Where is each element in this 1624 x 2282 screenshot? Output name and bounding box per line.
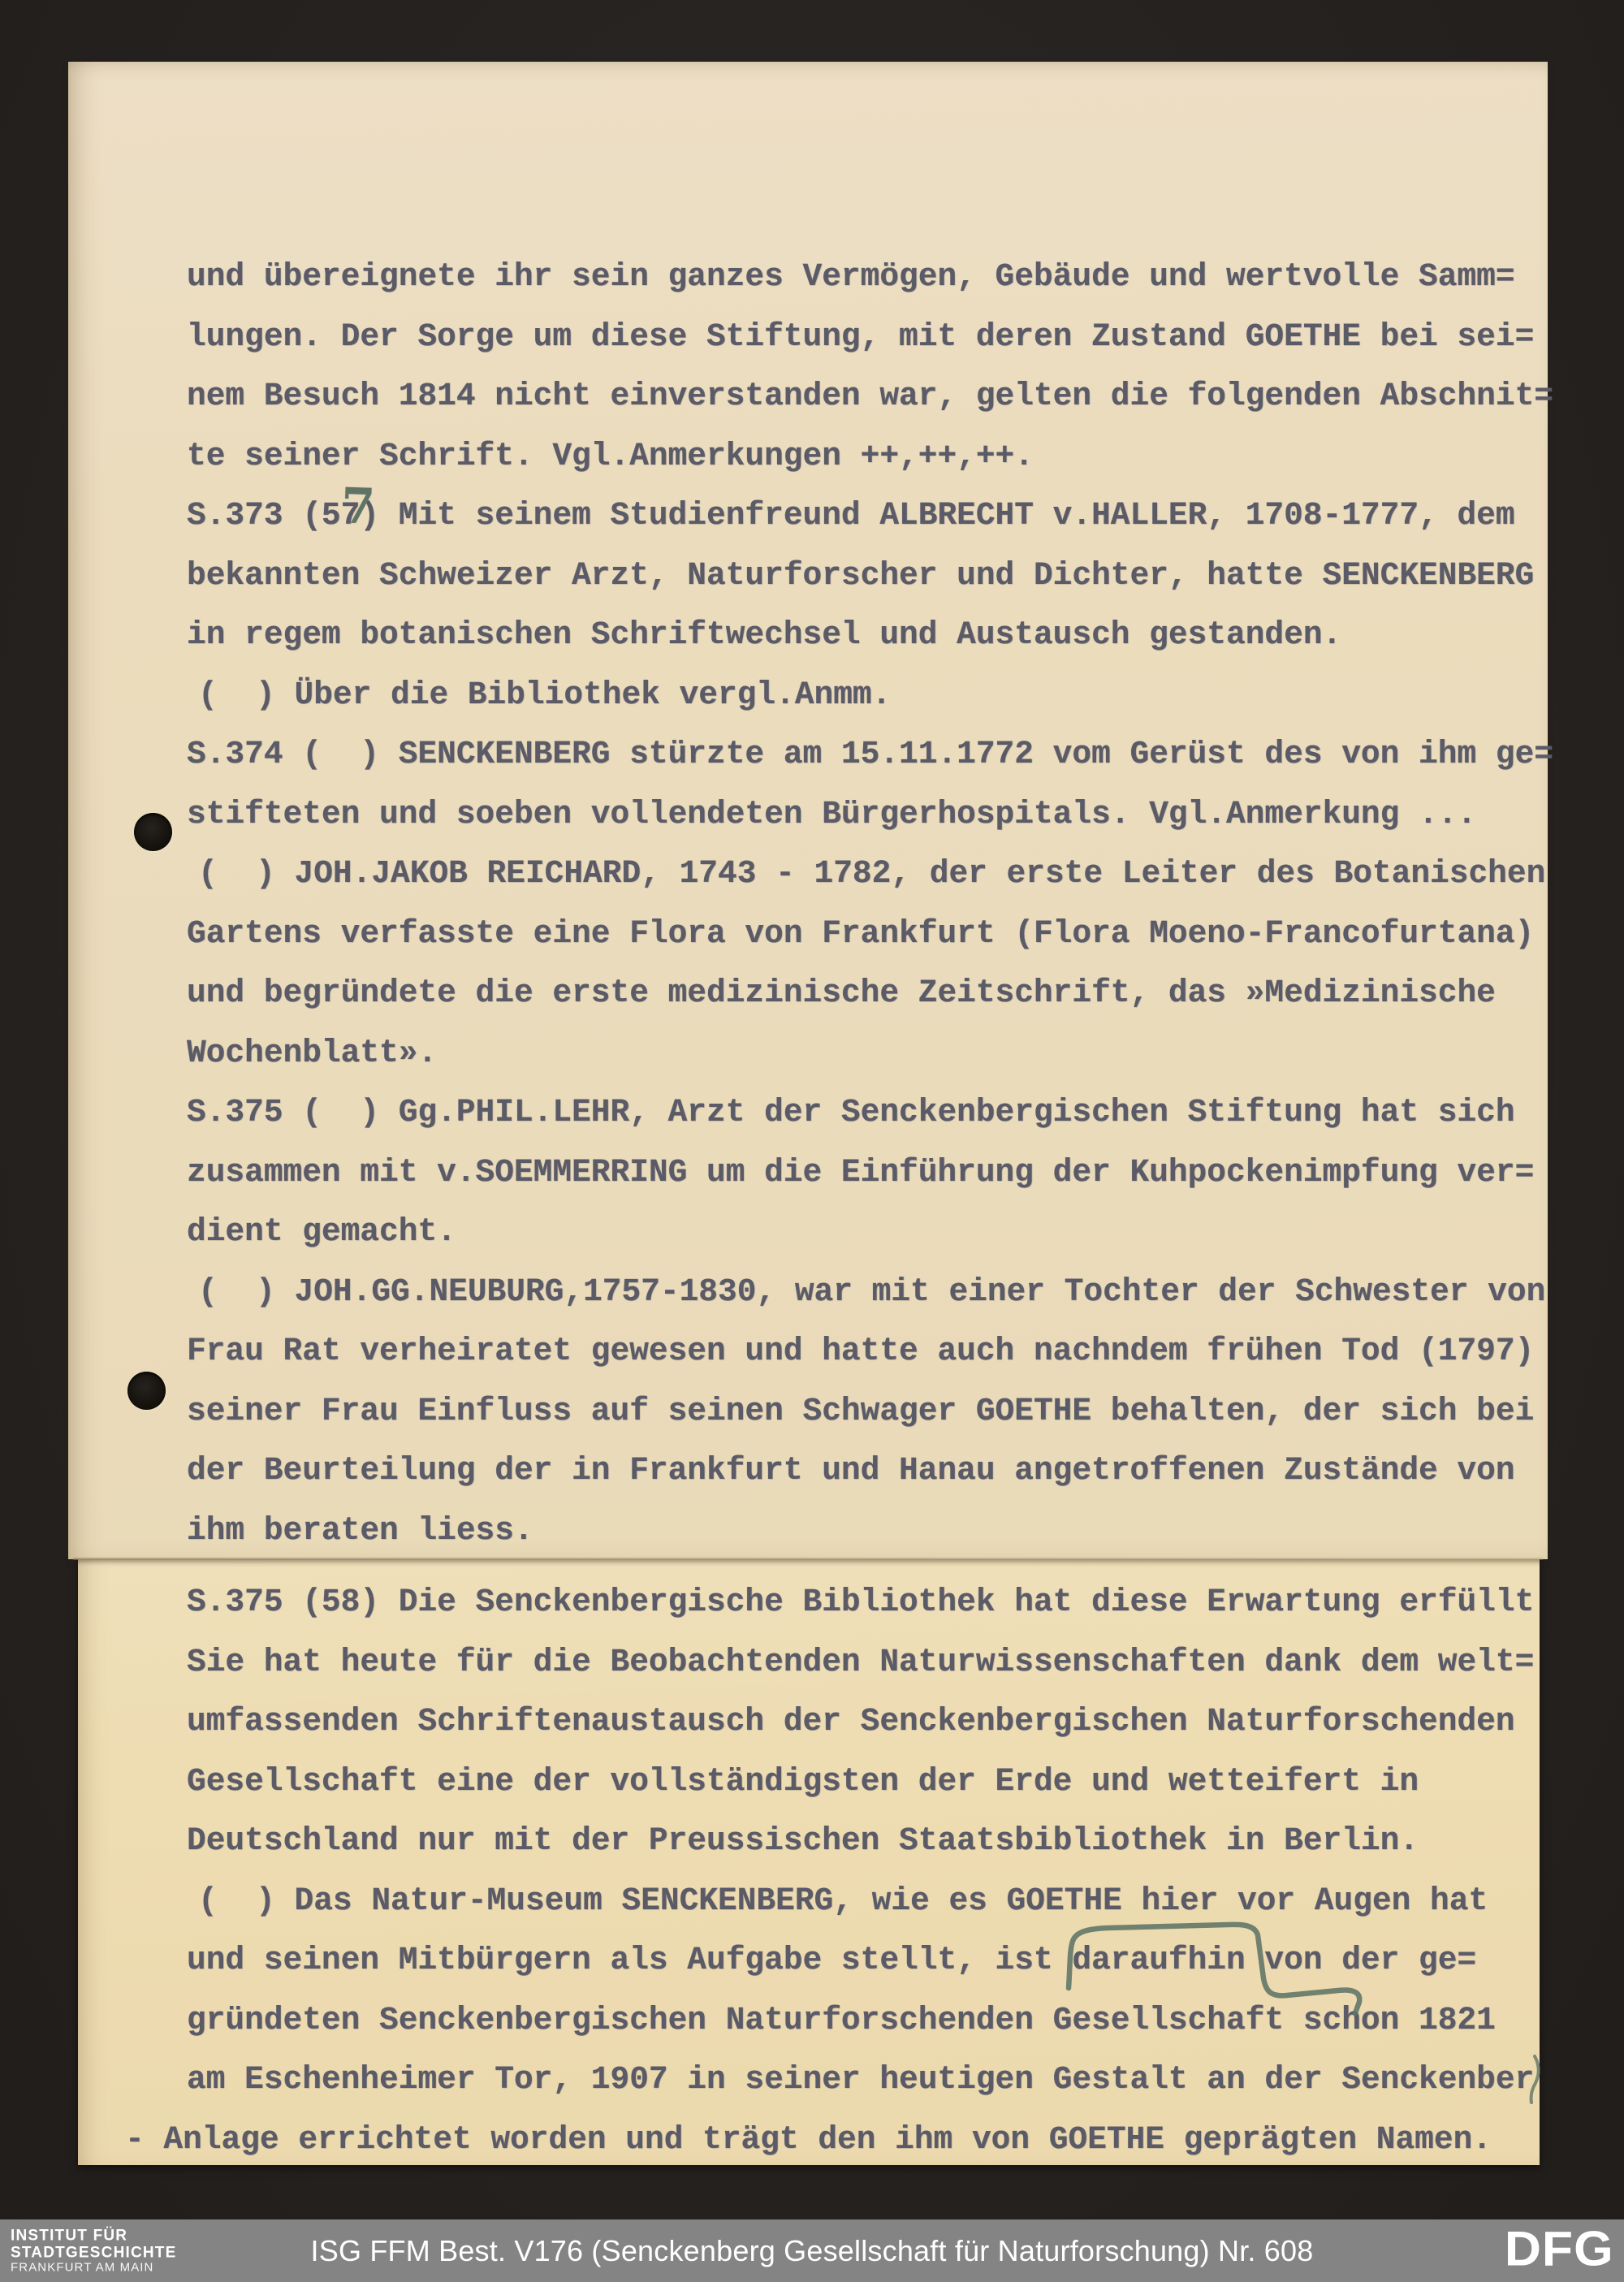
- typed-line: dient gemacht.: [187, 1202, 1553, 1262]
- typed-line: ( ) Über die Bibliothek vergl.Anmm.: [187, 665, 1553, 725]
- typed-line: Deutschland nur mit der Preussischen Sta…: [187, 1811, 1534, 1871]
- paper-sheet-upper: und übereignete ihr sein ganzes Vermögen…: [68, 62, 1548, 1559]
- typed-line: S.373 (57) Mit seinem Studienfreund ALBR…: [187, 486, 1553, 546]
- typed-line: Gesellschaft eine der vollständigsten de…: [187, 1752, 1534, 1812]
- typed-line: ihm beraten liess.: [187, 1501, 1553, 1561]
- isg-logo-line3: FRANKFURT AM MAIN: [11, 2261, 176, 2275]
- typed-line: zusammen mit v.SOEMMERRING um die Einfüh…: [187, 1143, 1553, 1203]
- typed-line: in regem botanischen Schriftwechsel und …: [187, 605, 1553, 665]
- paper-sheet-lower: S.375 (58) Die Senckenbergische Biblioth…: [78, 1553, 1540, 2165]
- scanned-archive-page: { "scan": { "sheet1_lines": [ "und übere…: [0, 0, 1624, 2282]
- typed-line: umfassenden Schriftenaustausch der Senck…: [187, 1692, 1534, 1752]
- archive-reference-caption: ISG FFM Best. V176 (Senckenberg Gesellsc…: [0, 2219, 1624, 2282]
- typed-line: Wochenblatt».: [187, 1023, 1553, 1083]
- punch-hole-top: [134, 813, 172, 851]
- typed-line: und seinen Mitbürgern als Aufgabe stellt…: [187, 1930, 1534, 1990]
- typed-line: seiner Frau Einfluss auf seinen Schwager…: [187, 1381, 1553, 1441]
- typed-line: S.375 (58) Die Senckenbergische Biblioth…: [187, 1572, 1534, 1632]
- typed-line: S.374 ( ) SENCKENBERG stürzte am 15.11.1…: [187, 724, 1553, 784]
- typed-line: te seiner Schrift. Vgl.Anmerkungen ++,++…: [187, 426, 1553, 486]
- typed-line: und übereignete ihr sein ganzes Vermögen…: [187, 247, 1553, 307]
- isg-logo-line2: STADTGESCHICHTE: [11, 2244, 176, 2261]
- dfg-logo: DFG: [1505, 2220, 1614, 2276]
- isg-institute-logo: INSTITUT FÜR STADTGESCHICHTE FRANKFURT A…: [11, 2227, 176, 2275]
- typed-line: und begründete die erste medizinische Ze…: [187, 963, 1553, 1023]
- typed-text-block-upper: und übereignete ihr sein ganzes Vermögen…: [187, 247, 1553, 1560]
- typed-line: Frau Rat verheiratet gewesen und hatte a…: [187, 1321, 1553, 1381]
- typed-line: am Eschenheimer Tor, 1907 in seiner heut…: [187, 2050, 1534, 2110]
- typed-line: Gartens verfasste eine Flora von Frankfu…: [187, 904, 1553, 964]
- typed-line: lungen. Der Sorge um diese Stiftung, mit…: [187, 307, 1553, 367]
- typed-line: ( ) Das Natur-Museum SENCKENBERG, wie es…: [187, 1871, 1534, 1931]
- archive-footer-bar: ISG FFM Best. V176 (Senckenberg Gesellsc…: [0, 2219, 1624, 2282]
- typed-line: ( ) JOH.GG.NEUBURG,1757-1830, war mit ei…: [187, 1262, 1553, 1322]
- typed-line: bekannten Schweizer Arzt, Naturforscher …: [187, 546, 1553, 606]
- typed-line: nem Besuch 1814 nicht einverstanden war,…: [187, 366, 1553, 426]
- typed-line: S.375 ( ) Gg.PHIL.LEHR, Arzt der Sencken…: [187, 1083, 1553, 1143]
- sheet-seam-line: [73, 1558, 1543, 1560]
- typed-line: - Anlage errichtet worden und trägt den …: [125, 2110, 1534, 2170]
- isg-logo-line1: INSTITUT FÜR: [11, 2227, 176, 2244]
- typed-text-block-lower: S.375 (58) Die Senckenbergische Biblioth…: [187, 1572, 1534, 2169]
- typed-line: Sie hat heute für die Beobachtenden Natu…: [187, 1632, 1534, 1692]
- typed-line: der Beurteilung der in Frankfurt und Han…: [187, 1441, 1553, 1501]
- typed-line: gründeten Senckenbergischen Naturforsche…: [187, 1990, 1534, 2051]
- pen-correction-digit: 7: [340, 482, 376, 531]
- typed-line: ( ) JOH.JAKOB REICHARD, 1743 - 1782, der…: [187, 844, 1553, 904]
- punch-hole-bottom: [127, 1372, 166, 1410]
- typed-line: stifteten und soeben vollendeten Bürgerh…: [187, 784, 1553, 845]
